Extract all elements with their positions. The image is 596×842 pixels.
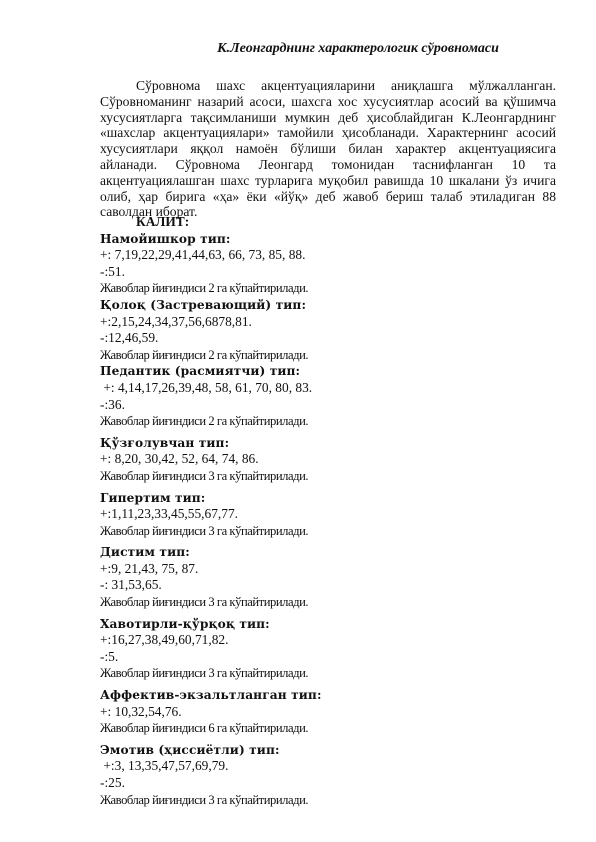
scale-group-anxious: Хавотирли-қўрқоқ тип: +:16,27,38,49,60,7… xyxy=(100,616,560,682)
scale-plus-items: +: 10,32,54,76. xyxy=(100,704,560,721)
scale-name: Қўзғолувчан тип: xyxy=(100,435,560,452)
scale-name: Педантик (расмиятчи) тип: xyxy=(100,363,560,380)
scale-plus-items: +: 8,20, 30,42, 52, 64, 74, 86. xyxy=(100,451,560,468)
document-title: К.Леонгарднинг характерологик сўровномас… xyxy=(100,40,556,58)
scale-multiplier-note: Жавоблар йиғиндиси 3 га кўпайтирилади. xyxy=(100,468,560,485)
scale-name: Дистим тип: xyxy=(100,544,560,561)
intro-paragraph: Сўровнома шахс акцентуацияларини аниқлаш… xyxy=(100,78,556,220)
scale-group-exalted: Аффектив-экзальтланган тип: +: 10,32,54,… xyxy=(100,687,560,737)
scale-group-stuck: Қолоқ (Застревающий) тип: +:2,15,24,34,3… xyxy=(100,297,560,363)
scale-multiplier-note: Жавоблар йиғиндиси 3 га кўпайтирилади. xyxy=(100,594,560,611)
scale-name: Аффектив-экзальтланган тип: xyxy=(100,687,560,704)
scale-multiplier-note: Жавоблар йиғиндиси 2 га кўпайтирилади. xyxy=(100,413,560,430)
scale-name: Эмотив (ҳиссиётли) тип: xyxy=(100,742,560,759)
document-page: К.Леонгарднинг характерологик сўровномас… xyxy=(0,0,596,842)
scale-group-excitable: Қўзғолувчан тип: +: 8,20, 30,42, 52, 64,… xyxy=(100,435,560,485)
scale-plus-items: +:3, 13,35,47,57,69,79. xyxy=(100,758,560,775)
scale-name: Намойишкор тип: xyxy=(100,231,560,248)
scale-minus-items: -:5. xyxy=(100,649,560,666)
scale-group-hyperthymic: Гипертим тип: +:1,11,23,33,45,55,67,77. … xyxy=(100,490,560,540)
scale-minus-items: -: 31,53,65. xyxy=(100,577,560,594)
scale-minus-items: -:25. xyxy=(100,775,560,792)
scale-name: Хавотирли-қўрқоқ тип: xyxy=(100,616,560,633)
scale-multiplier-note: Жавоблар йиғиндиси 3 га кўпайтирилади. xyxy=(100,665,560,682)
scale-plus-items: +: 4,14,17,26,39,48, 58, 61, 70, 80, 83. xyxy=(100,380,560,397)
scale-multiplier-note: Жавоблар йиғиндиси 6 га кўпайтирилади. xyxy=(100,720,560,737)
scale-plus-items: +:9, 21,43, 75, 87. xyxy=(100,561,560,578)
scale-multiplier-note: Жавоблар йиғиндиси 3 га кўпайтирилади. xyxy=(100,792,560,809)
scale-plus-items: +:16,27,38,49,60,71,82. xyxy=(100,632,560,649)
scale-group-emotive: Эмотив (ҳиссиётли) тип: +:3, 13,35,47,57… xyxy=(100,742,560,808)
key-title: КАЛИТ: xyxy=(100,214,560,231)
scale-group-pedantic: Педантик (расмиятчи) тип: +: 4,14,17,26,… xyxy=(100,363,560,429)
scale-name: Гипертим тип: xyxy=(100,490,560,507)
scale-name: Қолоқ (Застревающий) тип: xyxy=(100,297,560,314)
scale-multiplier-note: Жавоблар йиғиндиси 2 га кўпайтирилади. xyxy=(100,347,560,364)
scale-group-dysthymic: Дистим тип: +:9, 21,43, 75, 87. -: 31,53… xyxy=(100,544,560,610)
answer-key: КАЛИТ: Намойишкор тип: +: 7,19,22,29,41,… xyxy=(100,214,560,808)
scale-minus-items: -:36. xyxy=(100,397,560,414)
scale-plus-items: +:1,11,23,33,45,55,67,77. xyxy=(100,506,560,523)
scale-plus-items: +: 7,19,22,29,41,44,63, 66, 73, 85, 88. xyxy=(100,247,560,264)
scale-minus-items: -:12,46,59. xyxy=(100,330,560,347)
scale-multiplier-note: Жавоблар йиғиндиси 2 га кўпайтирилади. xyxy=(100,280,560,297)
scale-plus-items: +:2,15,24,34,37,56,6878,81. xyxy=(100,314,560,331)
scale-group-demonstrative: Намойишкор тип: +: 7,19,22,29,41,44,63, … xyxy=(100,231,560,297)
scale-minus-items: -:51. xyxy=(100,264,560,281)
scale-multiplier-note: Жавоблар йиғиндиси 3 га кўпайтирилади. xyxy=(100,523,560,540)
